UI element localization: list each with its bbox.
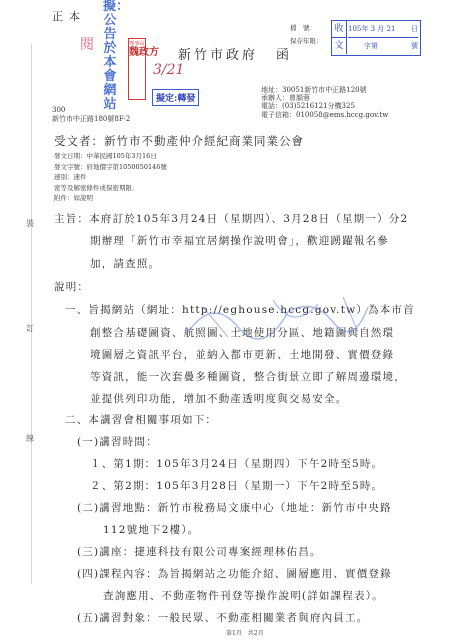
file-number-label: 檔 號： bbox=[290, 22, 323, 35]
document-type: 函 bbox=[276, 48, 292, 63]
signature-scribble bbox=[183, 292, 373, 342]
contact-phone: 電話：(03)5216121分機325 bbox=[261, 102, 388, 110]
item2-heading: 二、本講習會相關事項如下： bbox=[65, 412, 217, 427]
receipt-label-top: 收 bbox=[332, 21, 347, 38]
item1-line-5: 並提供列印功能，增加不動產透明度與交易安全。 bbox=[90, 391, 347, 406]
content-line-2: 查詢應用、不動產物件刊登等操作說明(詳如課程表）。 bbox=[103, 588, 384, 603]
issuer-name: 新竹市政府 bbox=[178, 48, 258, 63]
receipt-day-unit: 日 bbox=[411, 21, 418, 37]
document-meta: 發文日期：中華民國105年3月16日 發文字號：府地價字第1050050146號… bbox=[54, 151, 167, 204]
page-footer: 第1頁 共2頁 bbox=[226, 628, 264, 637]
stamp-proposed-forward: 擬定:轉發 bbox=[152, 89, 199, 106]
speaker: (三)講座：捷連科技有限公司專案經理林佑昌。 bbox=[77, 544, 322, 559]
speed-class: 速別：速件 bbox=[54, 172, 167, 183]
session-1: １、第1期：105年3月24日（星期四）下午2時至5時。 bbox=[90, 456, 383, 471]
content-line-1: (四)課程內容：為旨揭網站之功能介紹、圖層應用、實價登錄 bbox=[77, 566, 392, 581]
attachment: 附件：如說明 bbox=[54, 193, 167, 204]
receipt-number-unit: 號 bbox=[411, 38, 418, 54]
venue-line-1: (二)講習地點：新竹市稅務局文康中心（地址：新竹市中央路 bbox=[77, 500, 392, 515]
item1-line-3: 境圖層之資訊平台，並納入都市更新、土地開發、實價登錄 bbox=[90, 347, 394, 362]
receipt-date: 105年 3 月 21 bbox=[348, 25, 395, 33]
subject-line-2: 期辦理「新竹市幸福宜居網操作說明會」，歡迎踴躍報名參 bbox=[90, 233, 389, 248]
issue-number: 發文字號：府地價字第1050050146號 bbox=[54, 162, 167, 173]
subject-line-1: 主旨：本府訂於105年3月24日（星期四）、3月28日（星期一）分2 bbox=[54, 211, 408, 226]
receipt-label-bottom: 文 bbox=[332, 38, 347, 54]
stamp-read-mark: 閱 bbox=[80, 34, 94, 54]
stamp-chairman-name: 魏政方 bbox=[129, 47, 145, 58]
explanation-heading: 說明： bbox=[54, 279, 89, 294]
contact-address: 地址：30051新竹市中正路120號 bbox=[261, 86, 388, 94]
handwritten-date: 3/21 bbox=[153, 62, 184, 78]
binding-line bbox=[31, 44, 32, 584]
session-2: ２、第2期：105年3月28日（星期一）下午2時至5時。 bbox=[90, 478, 383, 493]
issue-date: 發文日期：中華民國105年3月16日 bbox=[54, 151, 167, 162]
time-heading: (一)講習時間： bbox=[77, 434, 158, 449]
binding-mark-xian: 線 bbox=[26, 433, 34, 444]
venue-line-2: 112號地下2樓）。 bbox=[103, 522, 199, 537]
subject-line-3: 加，請查照。 bbox=[90, 256, 160, 271]
secrecy-level: 密等及解密條件或保密期限： bbox=[54, 183, 167, 194]
binding-mark-zhuang: 裝 bbox=[26, 218, 34, 229]
contact-block: 地址：30051新竹市中正路120號 承辦人：曾韻蓉 電話：(03)521612… bbox=[261, 86, 388, 119]
receipt-stamp: 收 文 105年 3 月 21 日 字第 號 bbox=[331, 20, 421, 56]
binding-mark-ding: 訂 bbox=[26, 323, 34, 334]
recipient: 受文者：新竹市不動產仲介經紀商業同業公會 bbox=[54, 133, 304, 149]
retention-label: 保存年限： bbox=[290, 35, 323, 48]
filing-labels: 檔 號： 保存年限： bbox=[290, 22, 323, 48]
sender-postal-code: 300 bbox=[52, 106, 65, 114]
document-title: 新竹市政府函 bbox=[178, 44, 292, 63]
stamp-chairman: 理事長 魏政方 bbox=[128, 38, 146, 100]
receipt-number-row: 字第 號 bbox=[348, 38, 418, 54]
receipt-date-row: 105年 3 月 21 日 bbox=[348, 21, 418, 38]
receipt-word: 字第 bbox=[364, 42, 378, 50]
item1-line-4: 等資訊，能一次套疊多種圖資，整合街景立即了解周邊環境， bbox=[90, 369, 406, 384]
stamp-post-on-website: 擬：公告於本會網站 bbox=[103, 0, 117, 112]
sender-address: 新竹市中正路180號8F-2 bbox=[52, 114, 130, 124]
copy-label: 正本 bbox=[52, 8, 86, 24]
audience: (五)講習對象：一般民眾、不動產相關業者與府內員工。 bbox=[77, 610, 368, 625]
contact-email: 電子信箱：010058@ems.hccg.gov.tw bbox=[261, 111, 388, 119]
